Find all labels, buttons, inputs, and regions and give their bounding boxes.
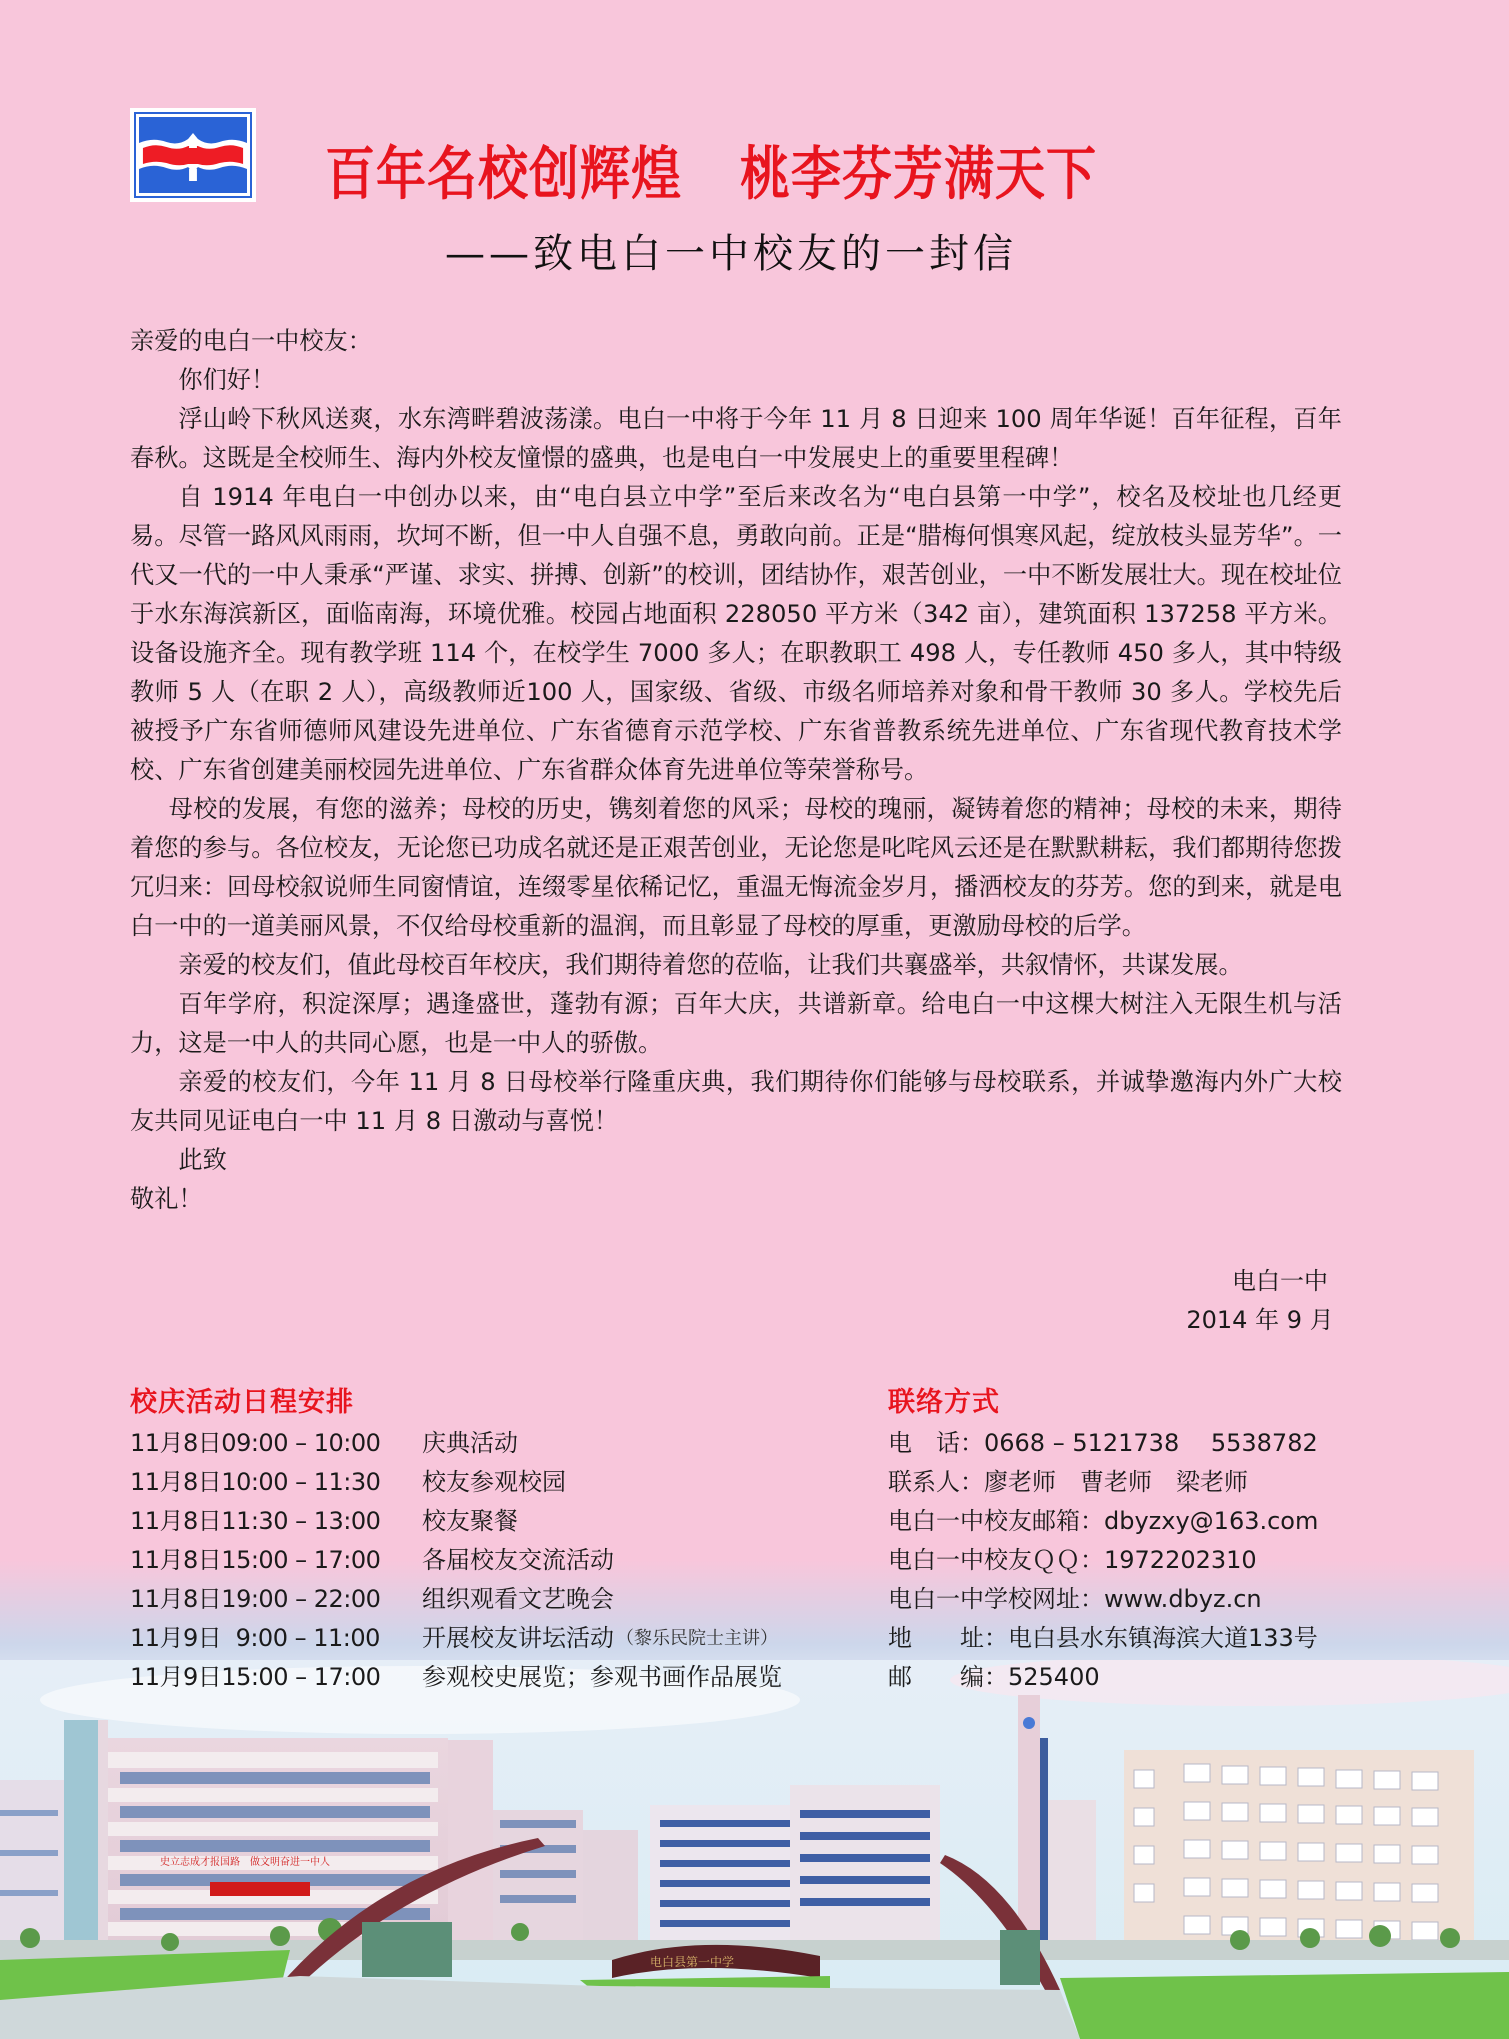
contact-value: 525400 (1008, 1658, 1100, 1697)
signature-name: 电白一中 (1180, 1262, 1380, 1301)
schedule-time: 11月8日15:00 – 17:00 (130, 1541, 422, 1580)
paragraph-6: 亲爱的校友们，今年 11 月 8 日母校举行隆重庆典，我们期待你们能够与母校联系… (130, 1063, 1342, 1141)
schedule-item: 11月8日11:30 – 13:00校友聚餐 (130, 1502, 850, 1541)
schedule-event: 参观校史展览；参观书画作品展览 (422, 1658, 782, 1697)
campus-photo: 史立志成才报国路 做文明奋进一中人 (0, 1660, 1509, 2039)
contact-label: 电 话： (888, 1424, 984, 1463)
contact-phone: 电 话：0668 – 5121738 5538782 (888, 1424, 1408, 1463)
contact-email-link[interactable]: dbyzxy@163.com (1104, 1502, 1318, 1541)
contact-email: 电白一中校友邮箱：dbyzxy@163.com (888, 1502, 1408, 1541)
schedule-event: 校友参观校园 (422, 1463, 566, 1502)
paragraph-1: 浮山岭下秋风送爽，水东湾畔碧波荡漾。电白一中将于今年 11 月 8 日迎来 10… (130, 400, 1342, 478)
schedule-item: 11月8日15:00 – 17:00各届校友交流活动 (130, 1541, 850, 1580)
contact-address: 地 址：电白县水东镇海滨大道133号 (888, 1619, 1408, 1658)
contact-postcode: 邮 编：525400 (888, 1658, 1408, 1697)
school-emblem-icon (139, 117, 247, 193)
schedule-time: 11月8日09:00 – 10:00 (130, 1424, 422, 1463)
schedule-event: 各届校友交流活动 (422, 1541, 614, 1580)
schedule-note: （黎乐民院士主讲） (616, 1619, 778, 1658)
salutation: 亲爱的电白一中校友： (130, 322, 1342, 361)
contact-value: 廖老师 曹老师 梁老师 (984, 1463, 1248, 1502)
contact-website-link[interactable]: www.dbyz.cn (1104, 1580, 1262, 1619)
schedule-item: 11月8日19:00 – 22:00组织观看文艺晚会 (130, 1580, 850, 1619)
contact-value: 电白县水东镇海滨大道133号 (1008, 1619, 1318, 1658)
signature-date: 2014 年 9 月 (1160, 1301, 1360, 1340)
schedule-time: 11月8日11:30 – 13:00 (130, 1502, 422, 1541)
paragraph-4: 亲爱的校友们，值此母校百年校庆，我们期待着您的莅临，让我们共襄盛举，共叙情怀，共… (130, 946, 1342, 985)
closing-jing-li: 敬礼！ (130, 1180, 1342, 1219)
greeting: 你们好！ (130, 361, 1342, 400)
closing-ci-zhi: 此致 (130, 1141, 1342, 1180)
schedule-event: 开展校友讲坛活动 (422, 1619, 614, 1658)
contact-value: 0668 – 5121738 5538782 (984, 1424, 1318, 1463)
contact-website: 电白一中学校网址：www.dbyz.cn (888, 1580, 1408, 1619)
schedule-event: 校友聚餐 (422, 1502, 518, 1541)
schedule-title: 校庆活动日程安排 (130, 1380, 354, 1419)
contact-label: 邮 编： (888, 1658, 1008, 1697)
headline: 百年名校创辉煌桃李芬芳满天下 (325, 128, 1097, 211)
headline-right: 桃李芬芳满天下 (740, 141, 1097, 208)
paragraph-3: 母校的发展，有您的滋养；母校的历史，镌刻着您的风采；母校的瑰丽，凝铸着您的精神；… (130, 790, 1342, 946)
contact-value: 1972202310 (1104, 1541, 1257, 1580)
contact-label: 电白一中校友ＱＱ： (888, 1541, 1104, 1580)
contact-qq: 电白一中校友ＱＱ：1972202310 (888, 1541, 1408, 1580)
schedule-event: 庆典活动 (422, 1424, 518, 1463)
letter-body: 亲爱的电白一中校友： 你们好！ 浮山岭下秋风送爽，水东湾畔碧波荡漾。电白一中将于… (130, 322, 1342, 1219)
contact-person: 联系人：廖老师 曹老师 梁老师 (888, 1463, 1408, 1502)
schedule-item: 11月8日09:00 – 10:00庆典活动 (130, 1424, 850, 1463)
building-banner-text: 史立志成才报国路 做文明奋进一中人 (160, 1855, 330, 1868)
schedule-event: 组织观看文艺晚会 (422, 1580, 614, 1619)
schedule-time: 11月8日10:00 – 11:30 (130, 1463, 422, 1502)
contact-label: 电白一中学校网址： (888, 1580, 1104, 1619)
contact-label: 联系人： (888, 1463, 984, 1502)
paragraph-2: 自 1914 年电白一中创办以来，由“电白县立中学”至后来改名为“电白县第一中学… (130, 478, 1342, 790)
schedule-time: 11月8日19:00 – 22:00 (130, 1580, 422, 1619)
school-logo (130, 108, 256, 202)
contact-list: 电 话：0668 – 5121738 5538782 联系人：廖老师 曹老师 梁… (888, 1424, 1408, 1697)
schedule-time: 11月9日 9:00 – 11:00 (130, 1619, 422, 1658)
contact-label: 电白一中校友邮箱： (888, 1502, 1104, 1541)
schedule-item: 11月8日10:00 – 11:30校友参观校园 (130, 1463, 850, 1502)
letter-subtitle: ——致电白一中校友的一封信 (445, 222, 1017, 279)
paragraph-5: 百年学府，积淀深厚；遇逢盛世，蓬勃有源；百年大庆，共谱新章。给电白一中这棵大树注… (130, 985, 1342, 1063)
contact-label: 地 址： (888, 1619, 1008, 1658)
gate-sign-text: 电白县第一中学 (650, 1954, 734, 1969)
schedule-item: 11月9日 9:00 – 11:00开展校友讲坛活动（黎乐民院士主讲） (130, 1619, 850, 1658)
schedule-list: 11月8日09:00 – 10:00庆典活动 11月8日10:00 – 11:3… (130, 1424, 850, 1697)
contact-title: 联络方式 (888, 1380, 1000, 1419)
schedule-time: 11月9日15:00 – 17:00 (130, 1658, 422, 1697)
schedule-item: 11月9日15:00 – 17:00参观校史展览；参观书画作品展览 (130, 1658, 850, 1697)
headline-left: 百年名校创辉煌 (325, 141, 682, 208)
letter-poster: 百年名校创辉煌桃李芬芳满天下 ——致电白一中校友的一封信 亲爱的电白一中校友： … (0, 0, 1509, 2039)
